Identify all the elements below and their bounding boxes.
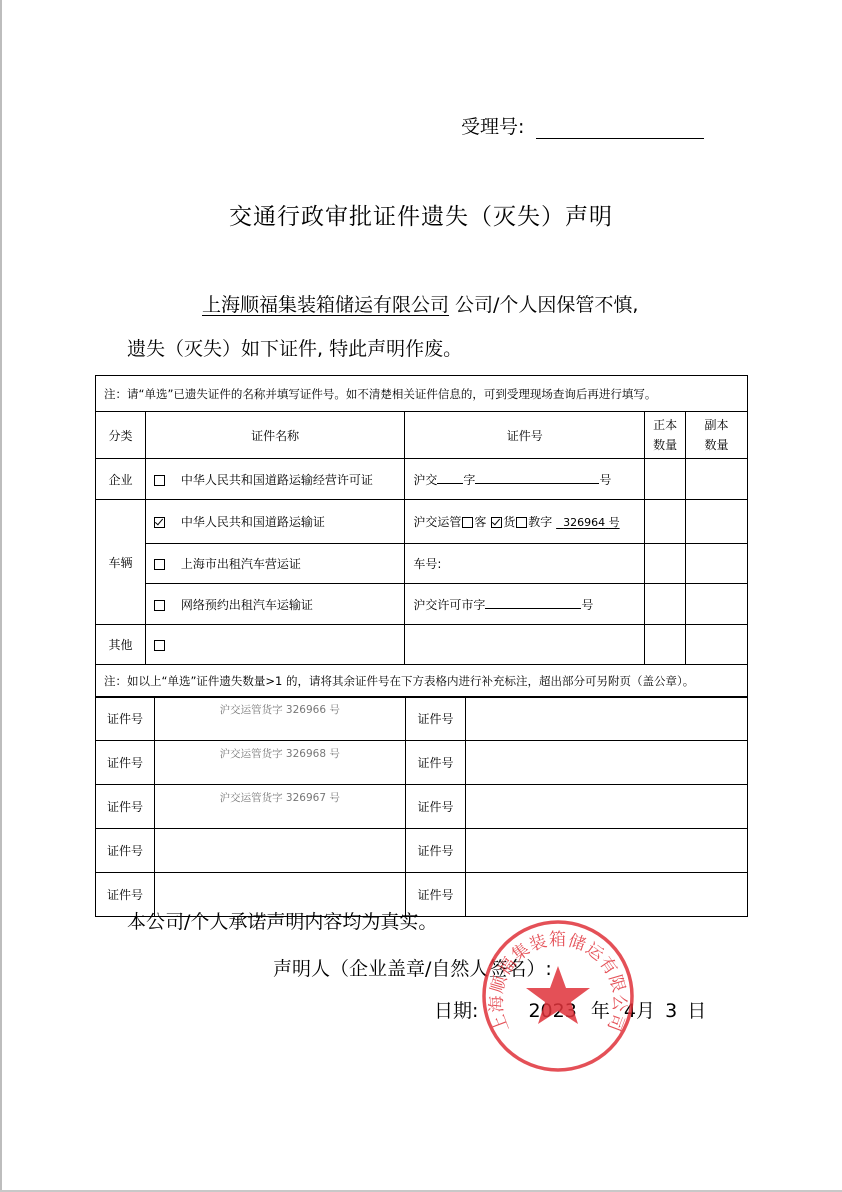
cert-name-cell: 网络预约出租汽车运输证 xyxy=(145,584,404,625)
blank-field[interactable] xyxy=(475,471,599,484)
supplement-table: 证件号 沪交运管货字 326966 号 证件号 证件号 沪交运管货字 32696… xyxy=(95,696,748,917)
table-row: 上海市出租汽车营运证 车号: xyxy=(96,544,748,584)
blank-field[interactable] xyxy=(437,471,463,484)
original-count[interactable] xyxy=(645,584,686,625)
header-category: 分类 xyxy=(96,412,146,459)
cert-no-cell: 沪交许可市字号 xyxy=(405,584,645,625)
original-count[interactable] xyxy=(645,625,686,665)
table-row: 证件号 沪交运管货字 326967 号 证件号 xyxy=(96,785,748,829)
promise-statement: 本公司/个人承诺声明内容均为真实。 xyxy=(127,907,437,934)
cert-no-label: 证件号 xyxy=(96,697,155,741)
date-day: 3 xyxy=(665,1000,677,1022)
category-vehicle: 车辆 xyxy=(96,500,146,625)
declarer-label: 声明人（企业盖章/自然人签名）: xyxy=(273,954,552,981)
statement-line-1: 上海顺福集装箱储运有限公司公司/个人因保管不慎, xyxy=(170,290,638,317)
cert-name-cell: 中华人民共和国道路运输证 xyxy=(145,500,404,544)
date-line: 日期: 2023 年 4月 3 日 xyxy=(434,996,706,1023)
checkbox[interactable] xyxy=(154,475,165,486)
note-bottom: 注：如以上“单选”证件遗失数量>1 的，请将其余证件号在下方表格内进行补充标注，… xyxy=(96,665,748,698)
cert-no-value[interactable] xyxy=(466,697,748,741)
cert-no-cell: 沪交运管客 货教字 326964 号 xyxy=(405,500,645,544)
lost-certificate-table: 注：请“单选”已遗失证件的名称并填写证件号。如不清楚相关证件信息的，可到受理现场… xyxy=(95,375,748,698)
cert-no-value[interactable]: 沪交运管货字 326968 号 xyxy=(154,741,405,785)
cert-no-label: 证件号 xyxy=(96,829,155,873)
acceptance-number-label: 受理号: xyxy=(461,116,524,138)
cert-no-label: 证件号 xyxy=(405,741,466,785)
cert-no-value[interactable]: 沪交运管货字 326966 号 xyxy=(154,697,405,741)
cert-no-value[interactable] xyxy=(154,829,405,873)
cert-no-cell[interactable] xyxy=(405,625,645,665)
table-row: 车辆 中华人民共和国道路运输证 沪交运管客 货教字 326964 号 xyxy=(96,500,748,544)
cert-no-value[interactable] xyxy=(466,829,748,873)
copy-count[interactable] xyxy=(686,625,748,665)
cert-no-value[interactable] xyxy=(466,873,748,917)
table-row: 证件号 证件号 xyxy=(96,829,748,873)
cert-no-label: 证件号 xyxy=(96,741,155,785)
header-original-count: 正本数量 xyxy=(645,412,686,459)
copy-count[interactable] xyxy=(686,544,748,584)
statement-suffix: 公司/个人因保管不慎, xyxy=(449,294,638,316)
table-row: 其他 xyxy=(96,625,748,665)
header-cert-no: 证件号 xyxy=(405,412,645,459)
document-title: 交通行政审批证件遗失（灭失）声明 xyxy=(0,198,842,231)
cert-no-cell: 车号: xyxy=(405,544,645,584)
cert-no-label: 证件号 xyxy=(405,697,466,741)
table-row: 企业 中华人民共和国道路运输经营许可证 沪交字号 xyxy=(96,459,748,500)
checkbox-checked[interactable] xyxy=(491,517,502,528)
copy-count[interactable] xyxy=(686,459,748,500)
statement-line-2: 遗失（灭失）如下证件, 特此声明作废。 xyxy=(127,334,462,361)
cert-name-cell: 中华人民共和国道路运输经营许可证 xyxy=(145,459,404,500)
acceptance-number-field[interactable] xyxy=(536,118,704,139)
checkbox[interactable] xyxy=(516,517,527,528)
cert-no-value[interactable]: 沪交运管货字 326967 号 xyxy=(154,785,405,829)
original-count[interactable] xyxy=(645,459,686,500)
checkbox[interactable] xyxy=(462,517,473,528)
acceptance-number: 受理号: xyxy=(461,112,704,139)
checkbox[interactable] xyxy=(154,640,165,651)
page-edge xyxy=(0,0,2,1192)
date-label: 日期: xyxy=(434,996,478,1023)
table-row: 证件号 沪交运管货字 326966 号 证件号 xyxy=(96,697,748,741)
header-copy-count: 副本数量 xyxy=(686,412,748,459)
cert-no-label: 证件号 xyxy=(405,829,466,873)
category-enterprise: 企业 xyxy=(96,459,146,500)
cert-no-value[interactable] xyxy=(466,785,748,829)
checkbox-checked[interactable] xyxy=(154,517,165,528)
cert-no-label: 证件号 xyxy=(96,785,155,829)
cert-no-cell: 沪交字号 xyxy=(405,459,645,500)
header-cert-name: 证件名称 xyxy=(145,412,404,459)
copy-count[interactable] xyxy=(686,500,748,544)
checkbox[interactable] xyxy=(154,559,165,570)
cert-number-value: 326964 号 xyxy=(556,516,620,529)
date-year: 2023 xyxy=(528,1000,576,1022)
original-count[interactable] xyxy=(645,500,686,544)
original-count[interactable] xyxy=(645,544,686,584)
cert-name-cell: 上海市出租汽车营运证 xyxy=(145,544,404,584)
copy-count[interactable] xyxy=(686,584,748,625)
table-row: 网络预约出租汽车运输证 沪交许可市字号 xyxy=(96,584,748,625)
cert-name-cell xyxy=(145,625,404,665)
checkbox[interactable] xyxy=(154,600,165,611)
cert-no-label: 证件号 xyxy=(405,785,466,829)
cert-no-value[interactable] xyxy=(466,741,748,785)
date-month: 4 xyxy=(624,1000,636,1022)
company-name: 上海顺福集装箱储运有限公司 xyxy=(170,294,449,316)
table-row: 证件号 沪交运管货字 326968 号 证件号 xyxy=(96,741,748,785)
category-other: 其他 xyxy=(96,625,146,665)
blank-field[interactable] xyxy=(485,596,581,609)
note-top: 注：请“单选”已遗失证件的名称并填写证件号。如不清楚相关证件信息的，可到受理现场… xyxy=(96,376,748,412)
